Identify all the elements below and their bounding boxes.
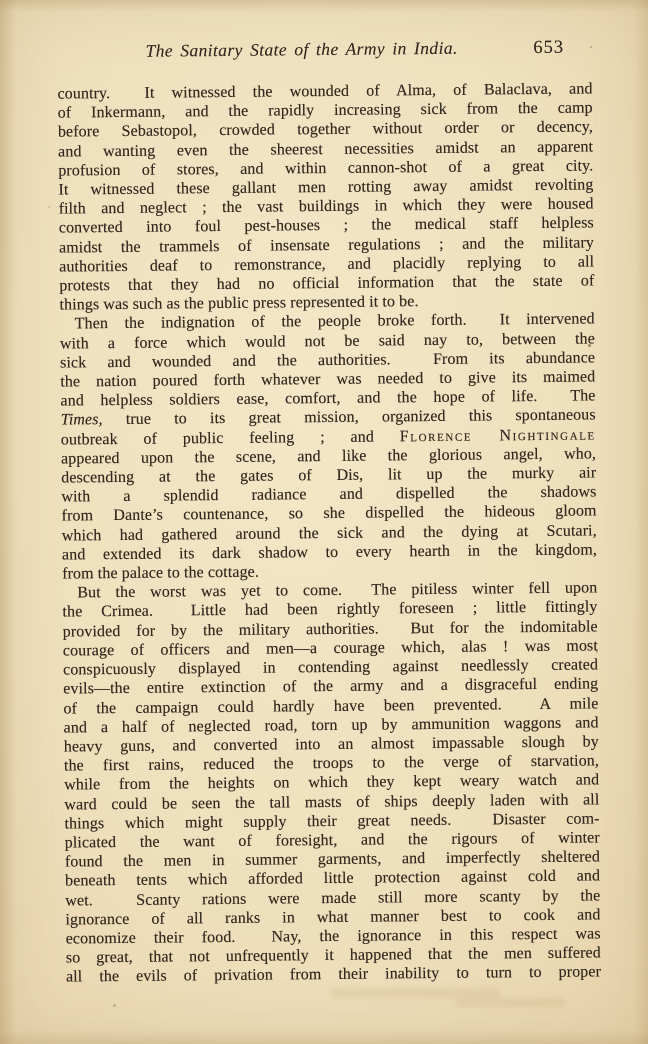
show-through-smudge	[330, 988, 500, 998]
show-through-smudge	[455, 998, 565, 1007]
text-segment: and extended its dark shadow to every he…	[62, 541, 597, 563]
page-number: 653	[533, 35, 564, 61]
italic-text: Times,	[61, 412, 103, 429]
text-segment: from the palace to the cottage.	[62, 564, 259, 583]
text-segment: outbreak of public feeling ; and	[61, 428, 400, 448]
paragraph: Then the indignation of the people broke…	[60, 310, 598, 584]
page-speck	[588, 344, 591, 347]
page-speck	[113, 1004, 116, 1007]
page-speck	[596, 649, 598, 653]
text-segment: things was such as the public press repr…	[59, 293, 418, 313]
book-page: The Sanitary State of the Army in India.…	[0, 0, 648, 1044]
page-content: The Sanitary State of the Army in India.…	[57, 33, 601, 987]
small-caps-name: Florence Nightingale	[400, 426, 596, 445]
running-title: The Sanitary State of the Army in India.	[57, 33, 592, 64]
paragraph: But the worst was yet to come. The pitil…	[62, 579, 601, 987]
page-speck	[590, 46, 592, 48]
paragraph: country. It witnessed the wounded of Alm…	[57, 79, 594, 315]
text-line: all the evils of privation from their in…	[66, 963, 601, 987]
text-segment: all the evils of privation from their in…	[66, 964, 601, 986]
body-text: country. It witnessed the wounded of Alm…	[57, 79, 601, 987]
page-speck	[48, 206, 50, 208]
page-header: The Sanitary State of the Army in India.…	[57, 33, 592, 64]
